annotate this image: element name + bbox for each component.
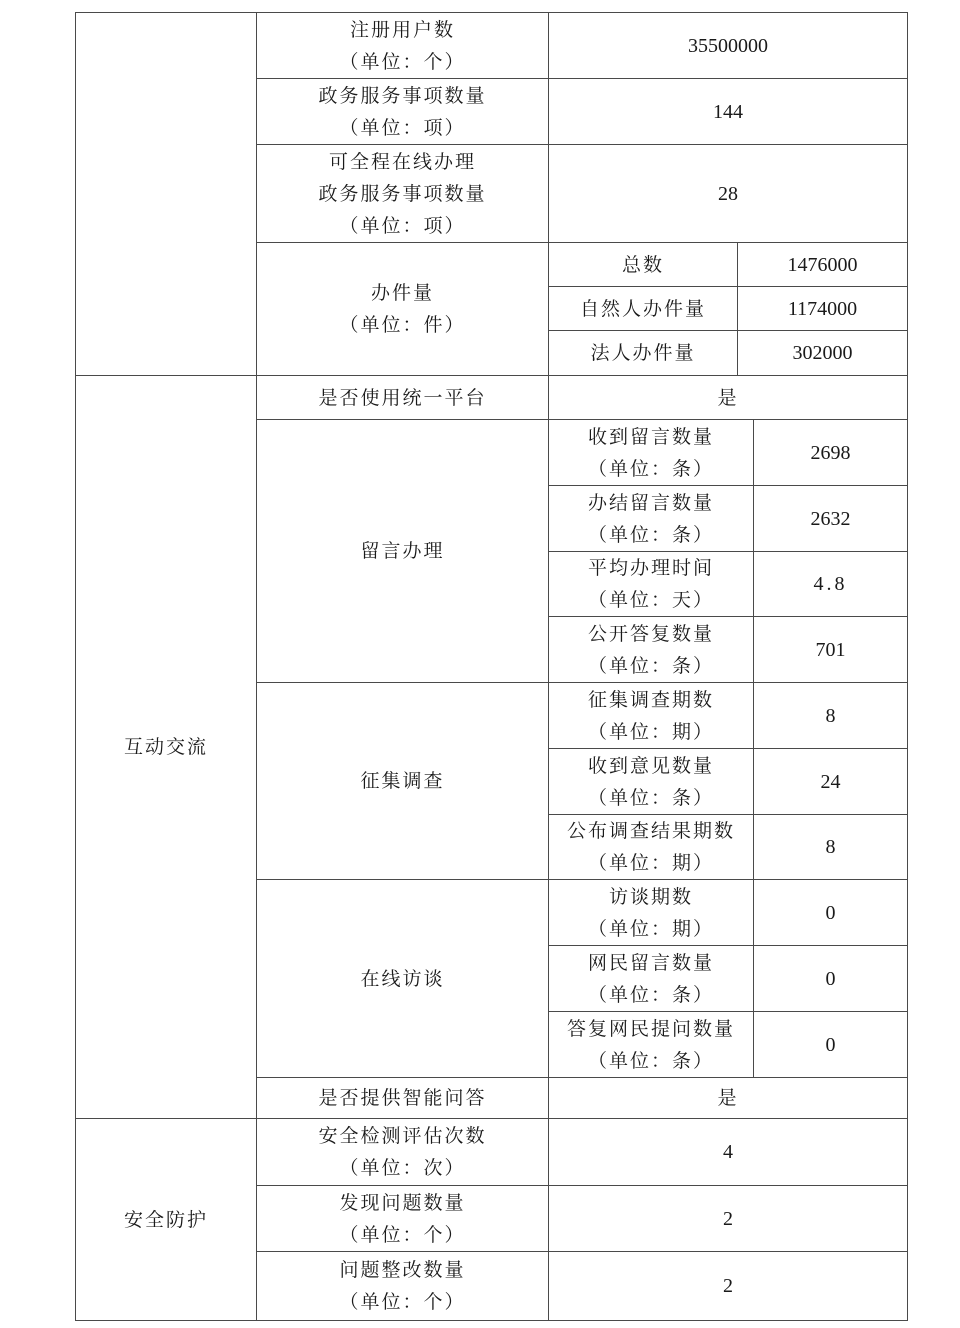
cases-total-label: 总数 bbox=[622, 249, 664, 281]
messages-public-replies-label: 公开答复数量 bbox=[588, 618, 714, 650]
cases-label: 办件量 bbox=[371, 277, 434, 309]
messages-avg-time-value: 4.8 bbox=[814, 568, 848, 600]
registered-users-value-cell: 35500000 bbox=[548, 12, 908, 79]
unified-platform-value-cell: 是 bbox=[548, 375, 908, 420]
online-service-items-unit: （单位：项） bbox=[339, 210, 465, 242]
messages-completed-unit: （单位：条） bbox=[588, 519, 714, 551]
opinions-received-unit: （单位：条） bbox=[588, 782, 714, 814]
online-service-items-value-cell: 28 bbox=[548, 144, 908, 243]
survey-results-published-value: 8 bbox=[826, 831, 836, 863]
issues-fixed-label: 问题整改数量 bbox=[339, 1254, 465, 1286]
registered-users-label-cell: 注册用户数 （单位：个） bbox=[256, 12, 549, 79]
service-items-value: 144 bbox=[713, 96, 743, 128]
cases-natural-person-label-cell: 自然人办件量 bbox=[548, 286, 738, 331]
messages-avg-time-unit: （单位：天） bbox=[588, 584, 714, 616]
service-items-unit: （单位：项） bbox=[339, 112, 465, 144]
interview-periods-label-cell: 访谈期数 （单位：期） bbox=[548, 879, 754, 946]
section-interaction-label: 互动交流 bbox=[124, 731, 208, 763]
service-items-value-cell: 144 bbox=[548, 78, 908, 145]
messages-completed-value: 2632 bbox=[811, 503, 851, 535]
surveys-label-cell: 征集调查 bbox=[256, 682, 549, 880]
survey-results-published-label-cell: 公布调查结果期数 （单位：期） bbox=[548, 814, 754, 880]
online-service-items-label-line2: 政务服务事项数量 bbox=[318, 178, 486, 210]
interview-periods-label: 访谈期数 bbox=[609, 881, 693, 913]
interview-periods-value-cell: 0 bbox=[753, 879, 908, 946]
netizen-questions-answered-value-cell: 0 bbox=[753, 1011, 908, 1078]
survey-periods-value-cell: 8 bbox=[753, 682, 908, 749]
netizen-questions-answered-label-cell: 答复网民提问数量 （单位：条） bbox=[548, 1011, 754, 1078]
cases-total-value: 1476000 bbox=[788, 249, 858, 281]
security-checks-unit: （单位：次） bbox=[339, 1152, 465, 1184]
unified-platform-label-cell: 是否使用统一平台 bbox=[256, 375, 549, 420]
messages-label: 留言办理 bbox=[360, 535, 444, 567]
netizen-messages-label: 网民留言数量 bbox=[588, 947, 714, 979]
messages-public-replies-unit: （单位：条） bbox=[588, 650, 714, 682]
messages-received-value: 2698 bbox=[811, 437, 851, 469]
messages-label-cell: 留言办理 bbox=[256, 419, 549, 683]
opinions-received-value-cell: 24 bbox=[753, 748, 908, 815]
registered-users-unit: （单位：个） bbox=[339, 46, 465, 78]
service-items-label: 政务服务事项数量 bbox=[318, 80, 486, 112]
cases-legal-person-value: 302000 bbox=[793, 337, 853, 369]
issues-found-label-cell: 发现问题数量 （单位：个） bbox=[256, 1185, 549, 1252]
issues-fixed-value-cell: 2 bbox=[548, 1251, 908, 1321]
cases-legal-person-label-cell: 法人办件量 bbox=[548, 330, 738, 376]
netizen-questions-answered-unit: （单位：条） bbox=[588, 1045, 714, 1077]
registered-users-value: 35500000 bbox=[688, 30, 768, 62]
messages-completed-value-cell: 2632 bbox=[753, 485, 908, 552]
section-service-category-cell bbox=[75, 12, 257, 376]
opinions-received-label: 收到意见数量 bbox=[588, 750, 714, 782]
messages-avg-time-label-cell: 平均办理时间 （单位：天） bbox=[548, 551, 754, 617]
cases-natural-person-value: 1174000 bbox=[788, 293, 857, 325]
cases-unit: （单位：件） bbox=[339, 309, 465, 341]
messages-avg-time-label: 平均办理时间 bbox=[588, 552, 714, 584]
section-security-cell: 安全防护 bbox=[75, 1118, 257, 1321]
netizen-messages-label-cell: 网民留言数量 （单位：条） bbox=[548, 945, 754, 1012]
security-checks-label-cell: 安全检测评估次数 （单位：次） bbox=[256, 1118, 549, 1186]
interviews-label: 在线访谈 bbox=[360, 963, 444, 995]
service-items-label-cell: 政务服务事项数量 （单位：项） bbox=[256, 78, 549, 145]
smart-qa-label-cell: 是否提供智能问答 bbox=[256, 1077, 549, 1119]
netizen-messages-unit: （单位：条） bbox=[588, 979, 714, 1011]
cases-total-label-cell: 总数 bbox=[548, 242, 738, 287]
cases-total-value-cell: 1476000 bbox=[737, 242, 908, 287]
messages-completed-label: 办结留言数量 bbox=[588, 487, 714, 519]
netizen-questions-answered-value: 0 bbox=[826, 1029, 836, 1061]
unified-platform-value: 是 bbox=[717, 382, 738, 414]
opinions-received-label-cell: 收到意见数量 （单位：条） bbox=[548, 748, 754, 815]
registered-users-label: 注册用户数 bbox=[350, 14, 455, 46]
security-checks-value-cell: 4 bbox=[548, 1118, 908, 1186]
netizen-messages-value-cell: 0 bbox=[753, 945, 908, 1012]
cases-natural-person-label: 自然人办件量 bbox=[580, 293, 706, 325]
issues-found-value: 2 bbox=[723, 1203, 733, 1235]
netizen-messages-value: 0 bbox=[826, 963, 836, 995]
messages-public-replies-label-cell: 公开答复数量 （单位：条） bbox=[548, 616, 754, 683]
messages-received-label-cell: 收到留言数量 （单位：条） bbox=[548, 419, 754, 486]
section-security-label: 安全防护 bbox=[124, 1204, 208, 1236]
interview-periods-value: 0 bbox=[826, 897, 836, 929]
cases-legal-person-value-cell: 302000 bbox=[737, 330, 908, 376]
survey-results-published-label: 公布调查结果期数 bbox=[567, 815, 735, 847]
section-interaction-cell: 互动交流 bbox=[75, 375, 257, 1119]
cases-natural-person-value-cell: 1174000 bbox=[737, 286, 908, 331]
survey-periods-label-cell: 征集调查期数 （单位：期） bbox=[548, 682, 754, 749]
cases-label-cell: 办件量 （单位：件） bbox=[256, 242, 549, 376]
messages-public-replies-value-cell: 701 bbox=[753, 616, 908, 683]
netizen-questions-answered-label: 答复网民提问数量 bbox=[567, 1013, 735, 1045]
survey-periods-value: 8 bbox=[826, 700, 836, 732]
security-checks-label: 安全检测评估次数 bbox=[318, 1120, 486, 1152]
messages-public-replies-value: 701 bbox=[816, 634, 846, 666]
issues-fixed-label-cell: 问题整改数量 （单位：个） bbox=[256, 1251, 549, 1321]
smart-qa-value-cell: 是 bbox=[548, 1077, 908, 1119]
messages-avg-time-value-cell: 4.8 bbox=[753, 551, 908, 617]
online-service-items-value: 28 bbox=[718, 178, 738, 210]
messages-received-value-cell: 2698 bbox=[753, 419, 908, 486]
security-checks-value: 4 bbox=[723, 1136, 733, 1168]
survey-results-published-unit: （单位：期） bbox=[588, 847, 714, 879]
messages-received-label: 收到留言数量 bbox=[588, 421, 714, 453]
interviews-label-cell: 在线访谈 bbox=[256, 879, 549, 1078]
unified-platform-label: 是否使用统一平台 bbox=[318, 382, 486, 414]
issues-fixed-value: 2 bbox=[723, 1270, 733, 1302]
cases-legal-person-label: 法人办件量 bbox=[590, 337, 695, 369]
survey-periods-unit: （单位：期） bbox=[588, 716, 714, 748]
smart-qa-value: 是 bbox=[717, 1082, 738, 1114]
online-service-items-label-cell: 可全程在线办理 政务服务事项数量 （单位：项） bbox=[256, 144, 549, 243]
online-service-items-label-line1: 可全程在线办理 bbox=[329, 146, 476, 178]
messages-completed-label-cell: 办结留言数量 （单位：条） bbox=[548, 485, 754, 552]
issues-found-label: 发现问题数量 bbox=[339, 1187, 465, 1219]
smart-qa-label: 是否提供智能问答 bbox=[318, 1082, 486, 1114]
surveys-label: 征集调查 bbox=[360, 765, 444, 797]
issues-fixed-unit: （单位：个） bbox=[339, 1286, 465, 1318]
interview-periods-unit: （单位：期） bbox=[588, 913, 714, 945]
survey-periods-label: 征集调查期数 bbox=[588, 684, 714, 716]
opinions-received-value: 24 bbox=[821, 766, 841, 798]
survey-results-published-value-cell: 8 bbox=[753, 814, 908, 880]
issues-found-value-cell: 2 bbox=[548, 1185, 908, 1252]
messages-received-unit: （单位：条） bbox=[588, 453, 714, 485]
issues-found-unit: （单位：个） bbox=[339, 1219, 465, 1251]
